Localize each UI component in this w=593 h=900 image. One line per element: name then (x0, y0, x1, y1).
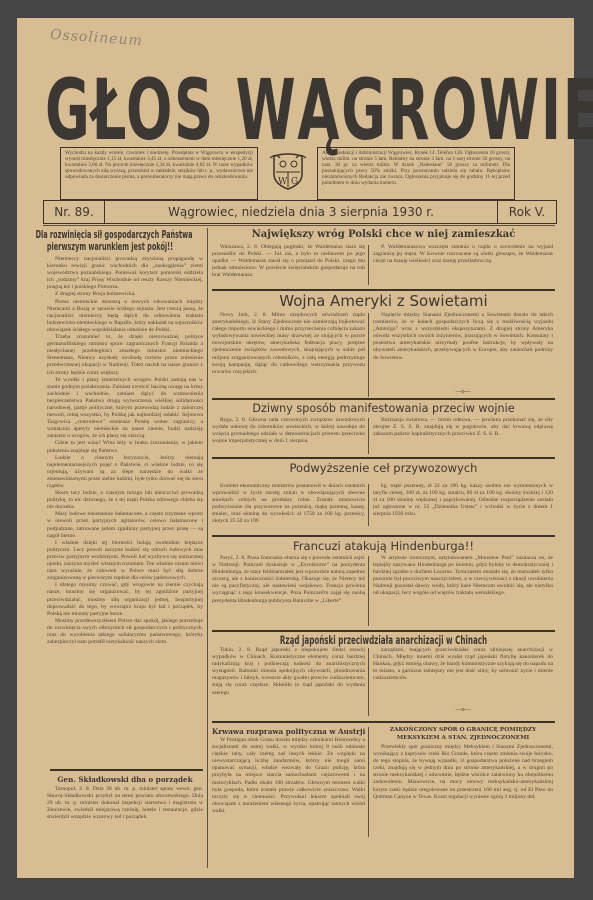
issue-number: Nr. 89. (44, 201, 105, 223)
svg-text:W: W (278, 177, 288, 187)
paragraph: Musimy przedewszystkiem Polsce dać spokó… (47, 618, 203, 646)
end-mark: —o— (373, 389, 553, 395)
headline-meksyk-line2: MEKSYKIEM A STAN. ZJEDNOCZONEMI (373, 735, 553, 741)
column-divider (207, 228, 208, 868)
divider (212, 630, 555, 632)
paragraph: zarządzeń, mających przeciwdziałać coraz… (373, 647, 553, 682)
column-divider (368, 245, 369, 285)
headline-wojna: Wojna Ameryki z Sowietami (212, 292, 555, 310)
paragraph: W Pustigan obok Grazu doszło między czło… (212, 737, 365, 815)
article-wojna-left: Nowy Jork, 2. 8. Mimo urzędowych oświadc… (212, 312, 365, 397)
divider (212, 721, 555, 723)
paragraph: Tarnopol, 2. 8. Dnia 28 ub. m. p. minist… (47, 786, 203, 821)
issue-date: Wągrowiec, niedziela dnia 3 sierpnia 193… (105, 201, 498, 223)
paragraph: Komitet ekonomiczny ministrów postanowił… (212, 483, 365, 526)
paragraph: kg. mąki pszennej, zł 24 za 100 kg. kasz… (373, 483, 553, 518)
paragraph: Masy ludowe nieustannie bałamucone, a cz… (47, 511, 203, 539)
headline-wrog: Największy wróg Polski chce w niej zamie… (212, 229, 555, 240)
paragraph: Nowy Jork, 2. 8. Mimo urzędowych oświadc… (212, 312, 365, 376)
headline-austria: Krwawa rozprawa polityczna w Austrji (212, 727, 365, 736)
headline-pokoj-line1: Dla rozwinięcia sił gospodarczych Państw… (36, 229, 185, 241)
column-divider (368, 556, 369, 626)
divider (212, 457, 555, 459)
town-crest-icon: W G (268, 152, 308, 190)
article-wrog-left: Warszawa, 2. 8. Obiegają pogłoski, że Wa… (212, 244, 365, 286)
paragraph: Napięcie między Stanami Zjednoczonemi a … (373, 312, 553, 362)
divider (212, 398, 555, 400)
headline-hindenburg: Francuzi atakują Hindenburga!! (212, 539, 555, 553)
end-mark: —o— (373, 707, 553, 713)
divider (43, 225, 555, 226)
paragraph: P. Waldemarasowa wszczęła starania u rzą… (373, 244, 553, 265)
article-sladkowski-body: Tarnopol, 2. 8. Dnia 28 ub. m. p. minist… (47, 786, 203, 836)
headline-meksyk-line1: ZAKOŃCZONY SPÓR O GRANICĘ POMIĘDZY (373, 727, 553, 733)
headline-dziwny: Dziwny sposób manifestowania przeciw woj… (212, 402, 555, 415)
paragraph: W artykule ironicznym, zatytułowanem „Mo… (373, 555, 553, 598)
subscription-info-box: Wychodzi na każdy wtorek, czwartek i nie… (60, 147, 258, 200)
headline-sladkowski: Gen. Składkowski dba o porządek (47, 775, 203, 784)
article-wrog-right: P. Waldemarasowa wszczęła starania u rzą… (373, 244, 553, 286)
paragraph: Ryga, 2. 8. Główna rada czerwonych związ… (212, 417, 365, 445)
paragraph: Paryż, 2. 8. Prasa francuska oburza się … (212, 555, 365, 605)
divider (212, 535, 555, 537)
divider (212, 289, 555, 291)
column-divider (368, 727, 369, 837)
paragraph: Trzeba zrozumieć to, że dzięki nierozważ… (47, 334, 203, 377)
paragraph: Te wysiłki i plany śmiertelnych wrogów P… (47, 377, 203, 441)
column-divider (368, 418, 369, 454)
paragraph: Skoro tacy ludzie, o ciasnym mózgu lub n… (47, 490, 203, 511)
paragraph: I dlatego mysimy czuwać, gdy wrogowie na… (47, 582, 203, 617)
column-divider (368, 313, 369, 397)
article-hindenburg-right: W artykule ironicznym, zatytułowanem „Mo… (373, 555, 553, 627)
article-wojna-right: Napięcie między Stanami Zjednoczonemi a … (373, 312, 553, 390)
paragraph: Gdzie tu jest wina? Wina leży w braku zr… (47, 440, 203, 454)
editorial-address-box: Adres Redakcji i Administracji Wągrowiec… (317, 147, 515, 200)
headline-cla: Podwyższenie ceł przywozowych (212, 461, 555, 475)
article-dziwny-left: Ryga, 2. 8. Główna rada czerwonych związ… (212, 417, 365, 455)
headline-japonia: Rząd japoński przeciwdziała anarchizacji… (277, 633, 490, 647)
paragraph: Ludzie o ciasnym horyzoncie, którzy niem… (47, 455, 203, 490)
article-cla-left: Komitet ekonomiczny ministrów postanowił… (212, 483, 365, 528)
article-hindenburg-left: Paryż, 2. 8. Prasa francuska oburza się … (212, 555, 365, 627)
issue-year: Rok V. (498, 201, 556, 223)
headline-pokoj-line2: pierwszym warunkiem jest pokój!! (36, 241, 185, 253)
paragraph: Burżuazja światowa, — brzmi odezwa, — po… (373, 417, 553, 438)
divider (50, 769, 203, 771)
paragraph: I właśnie dzięki tej bierności hulają sw… (47, 540, 203, 583)
paragraph: Niemieccy nacjonaliści prowadzą ożywioną… (47, 256, 203, 291)
article-pokoj-body: Niemieccy nacjonaliści prowadzą ożywioną… (47, 256, 203, 740)
paragraph: Tokio, 2. 8. Rząd japoński z niepokojem … (212, 647, 365, 697)
article-dziwny-right: Burżuazja światowa, — brzmi odezwa, — po… (373, 417, 553, 455)
article-cla-right: kg. mąki pszennej, zł 24 za 100 kg. kasz… (373, 483, 553, 528)
column-divider (368, 648, 369, 716)
paragraph: Przewlekły spór graniczny między Meksyki… (373, 744, 553, 801)
paragraph: Warszawa, 2. 8. Obiegają pogłoski, że Wa… (212, 244, 365, 279)
column-divider (368, 484, 369, 526)
article-austria-body: W Pustigan obok Grazu doszło między czło… (212, 737, 365, 837)
svg-text:G: G (291, 177, 298, 187)
paragraph: Z drugiej strony Rosja bolszewicka. (47, 291, 203, 298)
article-meksyk-body: Przewlekły spór graniczny między Meksyki… (373, 744, 553, 838)
article-japonia-left: Tokio, 2. 8. Rząd japoński z niepokojem … (212, 647, 365, 717)
paragraph: Pisma niemieckie donoszą o nowych rokowa… (47, 299, 203, 334)
dateline-bar: Nr. 89. Wągrowiec, niedziela dnia 3 sier… (43, 200, 557, 224)
article-japonia-right: zarządzeń, mających przeciwdziałać coraz… (373, 647, 553, 705)
